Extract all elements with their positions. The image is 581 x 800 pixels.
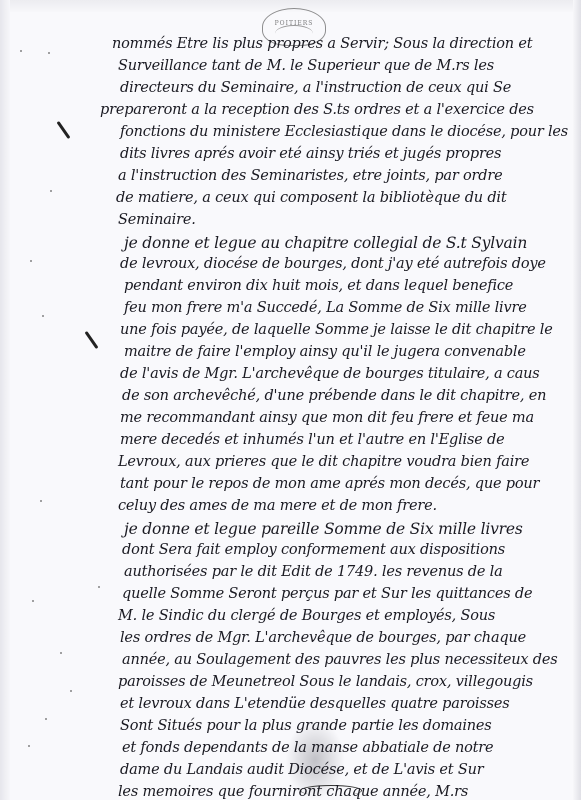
text-line: paroisses de Meunetreol Sous le landais,…	[118, 674, 533, 690]
text-line: maitre de faire l'employ ainsy qu'il le …	[124, 344, 526, 360]
text-line: de levroux, diocése de bourges, dont j'a…	[120, 256, 546, 272]
manuscript-text: nommés Etre lis plus propres a Servir; S…	[0, 0, 581, 800]
text-line: de matiere, a ceux qui composent la bibl…	[116, 190, 507, 206]
text-line: M. le Sindic du clergé de Bourges et emp…	[118, 608, 495, 624]
text-line: quelle Somme Seront perçus par et Sur le…	[122, 586, 532, 602]
text-line: Levroux, aux prieres que le dit chapitre…	[118, 454, 529, 470]
text-line: nommés Etre lis plus propres a Servir; S…	[112, 36, 532, 52]
text-line: Seminaire.	[118, 212, 196, 228]
manuscript-page: POITIERS nommés Etre lis plus propres a …	[0, 0, 581, 800]
text-line: je donne et legue au chapitre collegial …	[124, 234, 527, 252]
text-line: Sont Situés pour la plus grande partie l…	[120, 718, 492, 734]
text-line: Surveillance tant de M. le Superieur que…	[118, 58, 494, 74]
text-line: pendant environ dix huit mois, et dans l…	[124, 278, 513, 294]
text-line: a l'instruction des Seminaristes, etre j…	[118, 168, 502, 184]
text-line: année, au Soulagement des pauvres les pl…	[122, 652, 557, 668]
text-line: directeurs du Seminaire, a l'instruction…	[120, 80, 511, 96]
text-line: de son archevêché, d'une prébende dans l…	[122, 388, 546, 404]
text-line: fonctions du ministere Ecclesiastique da…	[120, 124, 568, 140]
text-line: une fois payée, de laquelle Somme je lai…	[120, 322, 553, 338]
text-line: prepareront a la reception des S.ts ordr…	[100, 102, 534, 118]
text-line: authorisées par le dit Edit de 1749. les…	[124, 564, 503, 580]
text-line: dame du Landais audit Diocése, et de L'a…	[120, 762, 483, 778]
text-line: mere decedés et inhumés l'un et l'autre …	[120, 432, 504, 448]
text-line: feu mon frere m'a Succedé, La Somme de S…	[124, 300, 527, 316]
text-line: dont Sera fait employ conformement aux d…	[122, 542, 505, 558]
text-line: je donne et legue pareille Somme de Six …	[124, 520, 523, 538]
text-line: dits livres aprés avoir eté ainsy triés …	[120, 146, 501, 162]
text-line: me recommandant ainsy que mon dit feu fr…	[120, 410, 534, 426]
text-line: et levroux dans L'etendüe desquelles qua…	[120, 696, 509, 712]
text-line: et fonds dependants de la manse abbatial…	[122, 740, 493, 756]
text-line: tant pour le repos de mon ame aprés mon …	[120, 476, 539, 492]
text-line: de l'avis de Mgr. L'archevêque de bourge…	[120, 366, 540, 382]
text-line: les ordres de Mgr. L'archevêque de bourg…	[120, 630, 526, 646]
text-line: celuy des ames de ma mere et de mon frer…	[118, 498, 437, 514]
text-line: les memoires que fourniront chaque année…	[118, 784, 468, 800]
